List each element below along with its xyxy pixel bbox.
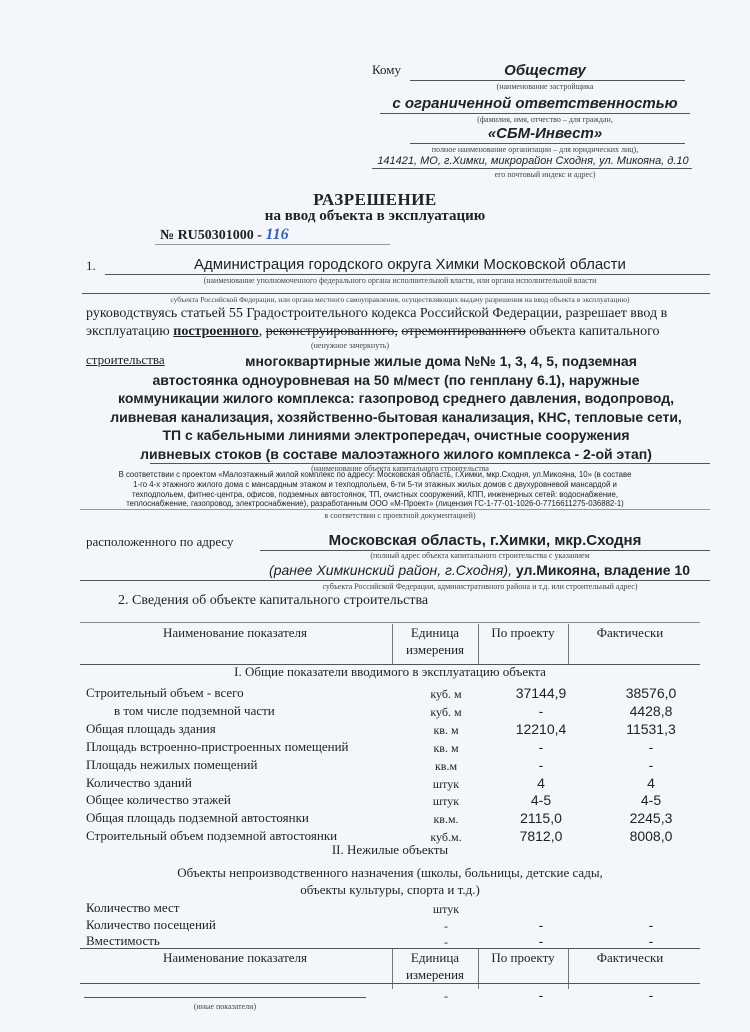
table-row: Общая площадь подземной автостоянкикв.м.… — [86, 810, 706, 827]
table-row: Количество местштук — [86, 900, 706, 917]
table-row: Площадь нежилых помещенийкв.м-- — [86, 757, 706, 774]
row-label: Общее количество этажей — [86, 792, 231, 808]
issuing-authority: Администрация городского округа Химки Мо… — [110, 256, 710, 273]
table-row: Общая площадь зданиякв. м12210,411531,3 — [86, 721, 706, 738]
option-reconstructed: реконструированного, — [266, 324, 398, 339]
table-row: Количество зданийштук44 — [86, 775, 706, 792]
object-description-line: ливневая канализация, хозяйственно-бытов… — [86, 408, 706, 427]
row-label: Общая площадь подземной автостоянки — [86, 810, 309, 826]
addressee-line-2: с ограниченной ответственностью — [380, 95, 690, 112]
row-actual: 4-5 — [606, 792, 696, 808]
addressee-line-1: Обществу — [410, 62, 680, 79]
row-unit: штук — [416, 902, 476, 917]
row-actual: 38576,0 — [606, 685, 696, 701]
row-actual: - — [606, 917, 696, 933]
object-description: многоквартирные жилые дома №№ 1, 3, 4, 5… — [86, 352, 706, 463]
header-name-2: Наименование показателя — [80, 949, 390, 966]
row-project: 12210,4 — [496, 721, 586, 737]
address-street: ул.Микояна, владение 10 — [516, 562, 690, 578]
row-project: - — [496, 739, 586, 755]
row-label: Площадь встроенно-пристроенных помещений — [86, 739, 349, 755]
header-name: Наименование показателя — [80, 624, 390, 641]
row-project: - — [496, 917, 586, 933]
caption-address-1: (полный адрес объекта капитального строи… — [250, 551, 710, 560]
row-actual: 2245,3 — [606, 810, 696, 826]
caption-address-2: субъекта Российской Федерации, администр… — [250, 582, 710, 591]
address-label: расположенного по адресу — [86, 534, 234, 550]
other-project: - — [496, 987, 586, 1003]
address-former: (ранее Химкинский район, г.Сходня), — [269, 562, 512, 578]
object-description-line: ливневых стоков (в составе малоэтажного … — [86, 445, 706, 464]
caption-person: (фамилия, имя, отчество – для граждан, — [410, 115, 680, 124]
object-description-line: автостоянка одноуровневая на 50 м/мест (… — [86, 371, 706, 390]
caption-developer: (наименование застройщика — [410, 82, 680, 91]
row-project: 4-5 — [496, 792, 586, 808]
caption-authority-a: (наименование уполномоченного федерально… — [80, 276, 720, 285]
row-label: Вместимость — [86, 933, 160, 949]
table-row: Общее количество этажейштук4-54-5 — [86, 792, 706, 809]
project-reference-line: теплоснабжение, газопровод, электроснабж… — [0, 499, 750, 509]
row-label: Количество мест — [86, 900, 179, 916]
row-unit: штук — [416, 794, 476, 809]
permit-number-prefix: № RU50301000 - — [160, 228, 262, 243]
object-address-line-1: Московская область, г.Химки, мкр.Сходня — [260, 532, 710, 549]
row-unit: кв.м — [416, 759, 476, 774]
document-subtitle: на ввод объекта в эксплуатацию — [0, 208, 750, 225]
addressee-postal-address: 141421, МО, г.Химки, микрорайон Сходня, … — [368, 155, 698, 167]
row-unit: куб. м — [416, 705, 476, 720]
row-project: 37144,9 — [496, 685, 586, 701]
caption-strike: (ненужное зачеркнуть) — [250, 341, 450, 350]
row-label: Количество посещений — [86, 917, 216, 933]
text-exploitation: эксплуатацию — [86, 324, 170, 339]
section-2-title: 2. Сведения об объекте капитального стро… — [118, 593, 428, 609]
row-actual: - — [606, 739, 696, 755]
table-row: в том числе подземной частикуб. м-4428,8 — [86, 703, 706, 720]
permit-number-handwritten: 116 — [265, 226, 288, 243]
row-project: 4 — [496, 775, 586, 791]
row-actual: 4 — [606, 775, 696, 791]
legal-basis-line-2: эксплуатацию построенного, реконструиров… — [86, 324, 660, 340]
row-unit: кв. м — [416, 741, 476, 756]
row-project: - — [496, 757, 586, 773]
group-1-title: I. Общие показатели вводимого в эксплуат… — [80, 664, 700, 680]
to-label: Кому — [372, 62, 401, 78]
legal-basis-line-1: руководствуясь статьей 55 Градостроитель… — [86, 306, 667, 322]
row-label: Площадь нежилых помещений — [86, 757, 257, 773]
row-unit: кв.м. — [416, 812, 476, 827]
row-project: - — [496, 933, 586, 949]
group-2-subtitle-1: Объекты непроизводственного назначения (… — [80, 865, 700, 881]
caption-postal: его почтовый индекс и адрес) — [410, 170, 680, 179]
header-actual: Фактически — [570, 624, 690, 641]
caption-authority-b: субъекта Российской Федерации, или орган… — [60, 295, 740, 304]
object-address-line-2: (ранее Химкинский район, г.Сходня), ул.М… — [80, 562, 710, 578]
row-actual: - — [606, 757, 696, 773]
header-project-2: По проекту — [478, 949, 568, 966]
group-2-title: II. Нежилые объекты — [80, 842, 700, 858]
row-actual: - — [606, 933, 696, 949]
row-actual: 4428,8 — [606, 703, 696, 719]
option-built: построенного — [173, 324, 258, 339]
row-label: Количество зданий — [86, 775, 192, 791]
row-project: - — [496, 703, 586, 719]
row-label: в том числе подземной части — [114, 703, 275, 719]
permit-number: № RU50301000 - 116 — [160, 226, 289, 244]
row-project: 2115,0 — [496, 810, 586, 826]
project-reference: В соответствии с проектом «Малоэтажный ж… — [0, 470, 750, 509]
text-capital-object: объекта капитального — [529, 324, 659, 339]
row-unit: куб. м — [416, 687, 476, 702]
project-reference-line: В соответствии с проектом «Малоэтажный ж… — [0, 470, 750, 480]
project-reference-line: 1-го 4-х этажного жилого дома с мансардн… — [0, 480, 750, 490]
option-repaired: отремонтированного — [401, 324, 525, 339]
document-title: РАЗРЕШЕНИЕ — [0, 190, 750, 210]
project-reference-line: техподпольем, фитнес-центра, офисов, под… — [0, 490, 750, 500]
table-row: Строительный объем - всегокуб. м37144,93… — [86, 685, 706, 702]
table-row: Площадь встроенно-пристроенных помещений… — [86, 739, 706, 756]
header-project: По проекту — [478, 624, 568, 641]
header-unit: Единицаизмерения — [392, 624, 478, 658]
row-unit: штук — [416, 777, 476, 792]
addressee-line-3: «СБМ-Инвест» — [410, 125, 680, 142]
header-actual-2: Фактически — [570, 949, 690, 966]
caption-project: в соответствии с проектной документацией… — [200, 511, 600, 520]
row-unit: кв. м — [416, 723, 476, 738]
group-2-subtitle-2: объекты культуры, спорта и т.д.) — [80, 882, 700, 898]
table-row: Количество посещений--- — [86, 917, 706, 934]
row-label: Строительный объем - всего — [86, 685, 244, 701]
header-unit-2: Единицаизмерения — [392, 949, 478, 983]
row-unit: - — [416, 919, 476, 934]
caption-org: полное наименование организации – для юр… — [370, 145, 700, 154]
other-unit: - — [416, 989, 476, 1004]
caption-other: (иные показатели) — [150, 1002, 300, 1011]
table-header: Наименование показателя Единицаизмерения… — [80, 624, 700, 664]
object-description-line: ТП с кабельными линиями электропередач, … — [86, 426, 706, 445]
object-description-line: многоквартирные жилые дома №№ 1, 3, 4, 5… — [86, 352, 706, 371]
other-actual: - — [606, 987, 696, 1003]
row-label: Общая площадь здания — [86, 721, 216, 737]
section-1-number: 1. — [86, 258, 96, 274]
row-actual: 11531,3 — [606, 721, 696, 737]
object-description-line: коммуникации жилого комплекса: газопрово… — [86, 389, 706, 408]
